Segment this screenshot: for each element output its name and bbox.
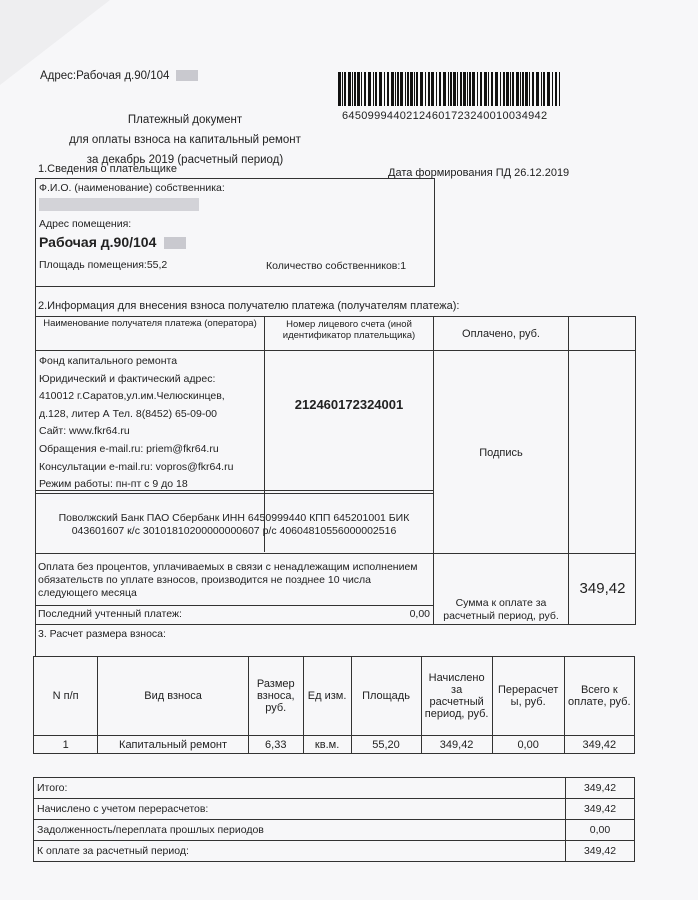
calc-column-header: Вид взноса	[98, 657, 249, 736]
totals-row: Начислено с учетом перерасчетов:349,42	[34, 799, 635, 820]
calculation-table: N п/пВид взносаРазмер взноса, руб.Ед изм…	[33, 656, 635, 754]
totals-row: Задолженность/переплата прошлых периодов…	[34, 820, 635, 841]
calc-column-header: Перерасчет ы, руб.	[492, 657, 564, 736]
calc-column-header: Размер взноса, руб.	[248, 657, 303, 736]
calc-column-header: N п/п	[34, 657, 98, 736]
header-address: Адрес:Рабочая д.90/104	[40, 70, 198, 82]
totals-label: Итого:	[34, 778, 566, 799]
calc-cell: 6,33	[248, 736, 303, 754]
last-payment-value: 0,00	[380, 608, 430, 620]
section2-title: 2.Информация для внесения взноса получат…	[38, 300, 459, 312]
calc-cell: 0,00	[492, 736, 564, 754]
calc-column-header: Ед изм.	[303, 657, 351, 736]
totals-value: 349,42	[566, 778, 635, 799]
totals-row: К оплате за расчетный период:349,42	[34, 841, 635, 862]
last-payment-label: Последний учтенный платеж:	[38, 608, 182, 620]
owner-label: Ф.И.О. (наименование) собственника:	[39, 182, 225, 194]
totals-value: 349,42	[566, 799, 635, 820]
signature-label: Подпись	[434, 447, 568, 459]
col-paid-header: Оплачено, руб.	[434, 328, 568, 340]
recipient-line: Консультации e-mail.ru: vopros@fkr64.ru	[39, 459, 233, 477]
totals-row: Итого:349,42	[34, 778, 635, 799]
premises-label: Адрес помещения:	[39, 218, 131, 230]
premises-address: Рабочая д.90/104	[39, 234, 186, 250]
calc-cell: 1	[34, 736, 98, 754]
sum-value: 349,42	[569, 580, 636, 597]
recipient-line: Сайт: www.fkr64.ru	[39, 423, 233, 441]
col-account-header: Номер лицевого счета (иной идентификатор…	[268, 319, 430, 341]
recipient-line: Юридический и фактический адрес:	[39, 371, 233, 389]
document-title: Платежный документ для оплаты взноса на …	[50, 110, 320, 170]
barcode-number: 64509994402124601723240010034942	[342, 110, 547, 122]
recipient-line: д.128, литер А Тел. 8(8452) 65-09-00	[39, 406, 233, 424]
calc-column-header: Площадь	[351, 657, 421, 736]
totals-label: Начислено с учетом перерасчетов:	[34, 799, 566, 820]
payment-document: Адрес:Рабочая д.90/104 Платежный докумен…	[0, 0, 698, 900]
payment-note: Оплата без процентов, уплачиваемых в свя…	[38, 561, 430, 600]
section3-title: 3. Расчет размера взноса:	[38, 628, 166, 640]
redacted-apartment	[176, 70, 198, 81]
calc-cell: 349,42	[421, 736, 492, 754]
col-recipient-header: Наименование получателя платежа (операто…	[36, 318, 264, 329]
recipient-line: Фонд капитального ремонта	[39, 353, 233, 371]
owner-name-redacted	[39, 198, 199, 211]
totals-label: К оплате за расчетный период:	[34, 841, 566, 862]
calc-cell: кв.м.	[303, 736, 351, 754]
calc-column-header: Всего к оплате, руб.	[564, 657, 634, 736]
calc-cell: 55,20	[351, 736, 421, 754]
totals-table: Итого:349,42Начислено с учетом перерасче…	[33, 777, 635, 862]
recipient-line: 410012 г.Саратов,ул.им.Челюскинцев,	[39, 388, 233, 406]
account-number: 212460172324001	[265, 397, 433, 412]
bank-details: Поволжский Банк ПАО Сбербанк ИНН 6450999…	[36, 512, 432, 538]
calc-cell: 349,42	[564, 736, 634, 754]
table-row: 1Капитальный ремонт6,33кв.м.55,20349,420…	[34, 736, 635, 754]
barcode-icon	[338, 72, 560, 106]
recipient-details: Фонд капитального ремонтаЮридический и ф…	[39, 353, 233, 494]
recipient-line: Обращения e-mail.ru: priem@fkr64.ru	[39, 441, 233, 459]
premises-area: Площадь помещения:55,2	[39, 259, 167, 271]
totals-value: 0,00	[566, 820, 635, 841]
owners-count: Количество собственников:1	[266, 260, 406, 272]
calc-cell: Капитальный ремонт	[98, 736, 249, 754]
totals-value: 349,42	[566, 841, 635, 862]
totals-label: Задолженность/переплата прошлых периодов	[34, 820, 566, 841]
calc-column-header: Начислено за расчетный период, руб.	[421, 657, 492, 736]
recipient-line: Режим работы: пн-пт с 9 до 18	[39, 476, 233, 494]
section1-title: 1.Сведения о плательщике	[38, 163, 177, 175]
sum-label: Сумма к оплате за расчетный период, руб.	[434, 597, 568, 623]
